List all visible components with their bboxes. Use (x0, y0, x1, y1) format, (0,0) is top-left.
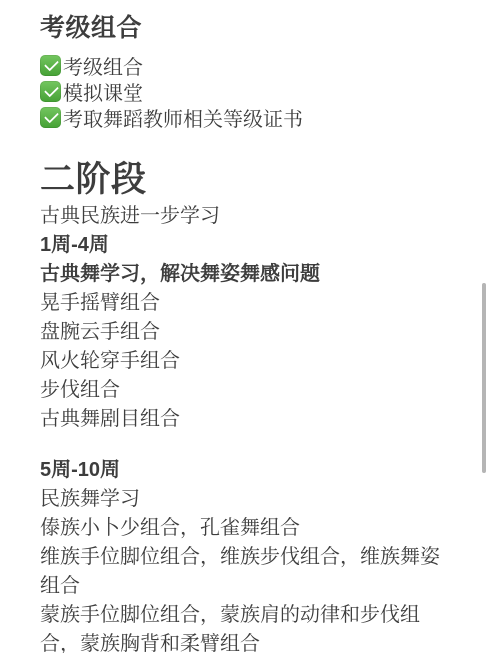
note-page: 考级组合 考级组合 模拟课堂 考取舞蹈教师相关等级证书 二阶段 古典民族进一步学… (0, 0, 500, 653)
combo-item: 风火轮穿手组合 (40, 347, 450, 376)
week2-plan: 5周-10周 民族舞学习 傣族小卜少组合，孔雀舞组合 维族手位脚位组合，维族步伐… (40, 456, 450, 653)
combo-item: 晃手摇臂组合 (40, 289, 450, 318)
week2-focus: 民族舞学习 (40, 485, 450, 514)
combo-item: 步伐组合 (40, 376, 450, 405)
combo-item: 盘腕云手组合 (40, 318, 450, 347)
week1-focus: 古典舞学习，解决舞姿舞感问题 (40, 260, 450, 289)
checklist-item-label: 考级组合 (63, 51, 143, 80)
week2-range: 5周-10周 (40, 456, 450, 485)
week1-plan: 古典民族进一步学习 1周-4周 古典舞学习，解决舞姿舞感问题 晃手摇臂组合 盘腕… (40, 202, 450, 434)
stage-heading: 二阶段 (40, 158, 450, 202)
combo-item: 傣族小卜少组合，孔雀舞组合 (40, 514, 450, 543)
stage-subtitle: 古典民族进一步学习 (40, 202, 450, 231)
check-emoji-icon (40, 55, 61, 76)
checklist-item: 考级组合 (40, 52, 450, 78)
combo-item: 维族手位脚位组合，维族步伐组合，维族舞姿组合 (40, 543, 450, 601)
checklist-item-label: 考取舞蹈教师相关等级证书 (63, 103, 303, 132)
checklist: 考级组合 模拟课堂 考取舞蹈教师相关等级证书 (40, 52, 450, 130)
checklist-item: 模拟课堂 (40, 78, 450, 104)
combo-item: 蒙族手位脚位组合，蒙族肩的动律和步伐组合，蒙族胸背和柔臂组合 (40, 601, 450, 653)
checklist-item: 考取舞蹈教师相关等级证书 (40, 104, 450, 130)
week1-range: 1周-4周 (40, 231, 450, 260)
page-title: 考级组合 (40, 12, 450, 44)
checklist-item-label: 模拟课堂 (63, 77, 143, 106)
combo-item: 古典舞剧目组合 (40, 405, 450, 434)
check-emoji-icon (40, 81, 61, 102)
check-emoji-icon (40, 107, 61, 128)
scrollbar-thumb[interactable] (482, 283, 486, 473)
